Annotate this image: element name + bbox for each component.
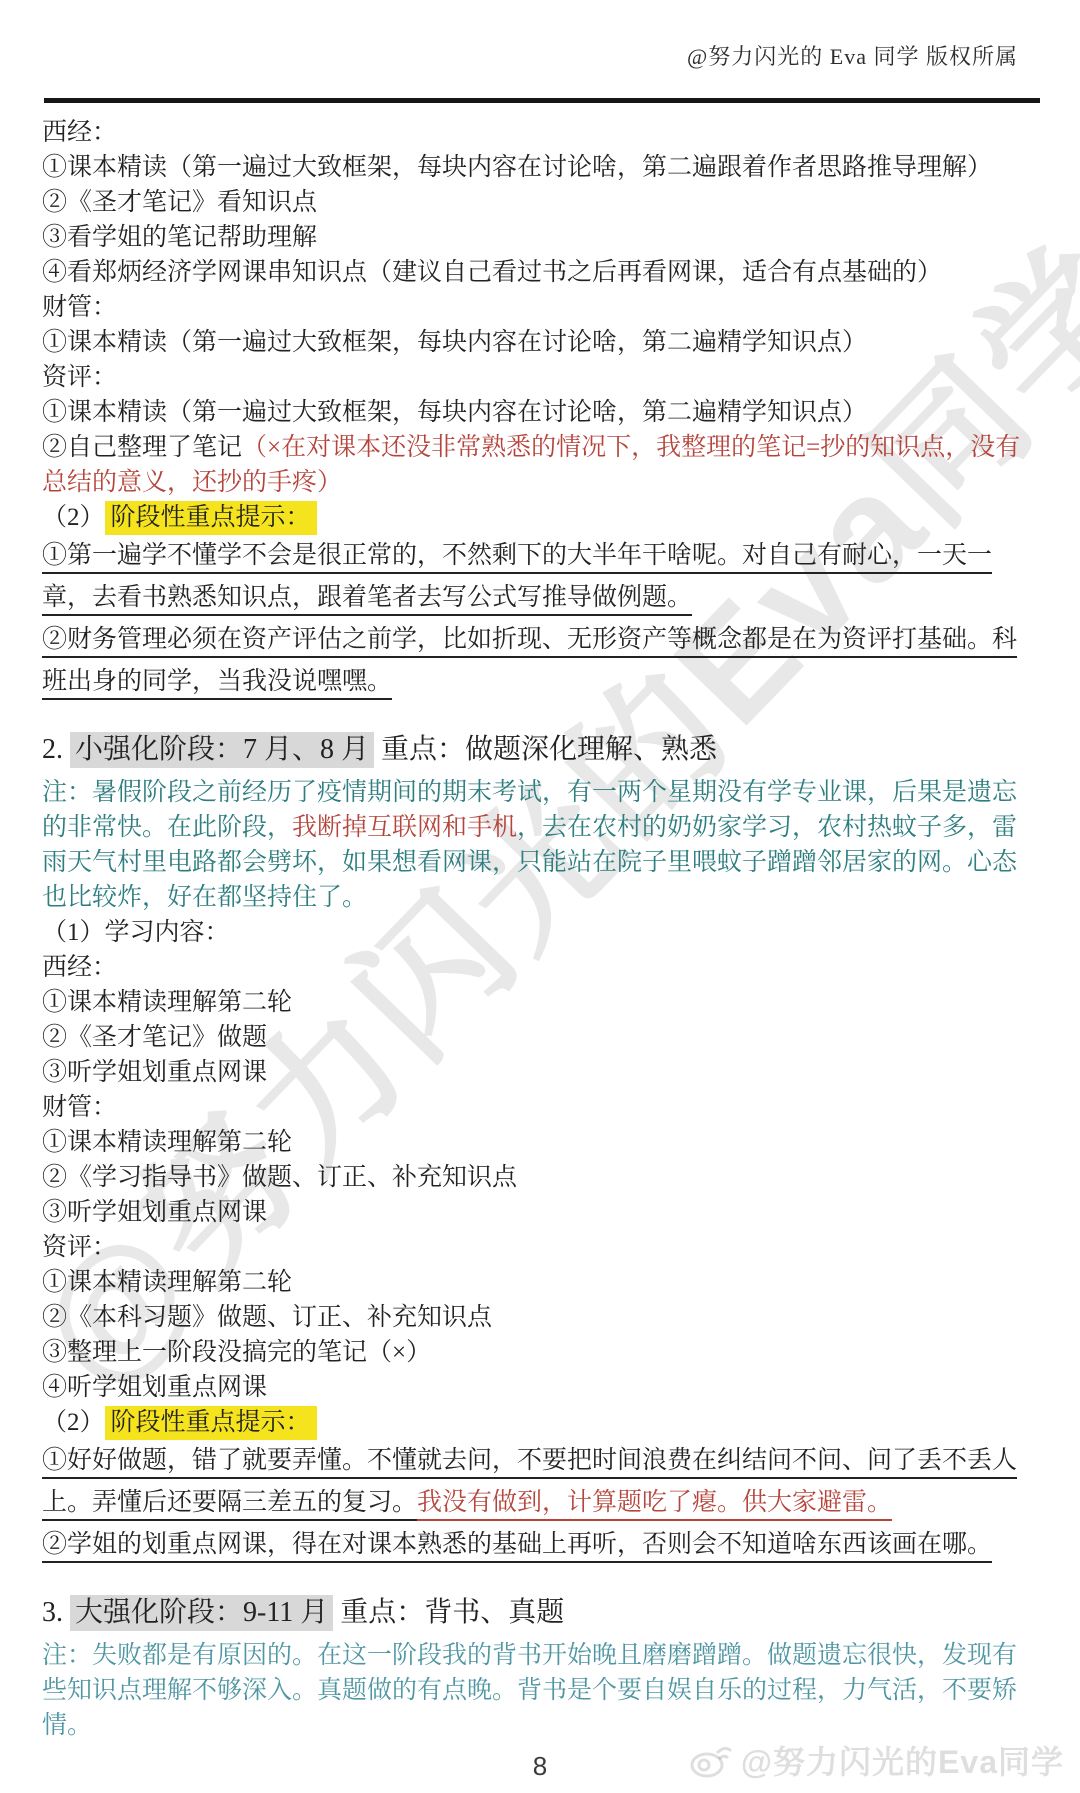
paragraph: ③听学姐划重点网课: [42, 1195, 1040, 1230]
paragraph: 西经：: [42, 950, 1040, 985]
text-segment: 小强化阶段：7 月、8 月: [70, 732, 374, 768]
text-segment: 注：失败都是有原因的。在这一阶段我的背书开始晚且磨磨蹭蹭。做题遗忘很快，发现有些…: [42, 1642, 1017, 1739]
paragraph: ④看郑炳经济学网课串知识点（建议自己看过书之后再看网课，适合有点基础的）: [42, 255, 1040, 290]
text-segment: ③听学姐划重点网课: [42, 1059, 267, 1086]
text-segment: （1）学习内容：: [42, 919, 230, 946]
text-segment: ①课本精读（第一遍过大致框架，每块内容在讨论啥，第二遍精学知识点）: [42, 399, 867, 426]
text-segment: 资评：: [42, 364, 117, 391]
paragraph: ①课本精读（第一遍过大致框架，每块内容在讨论啥，第二遍跟着作者思路推导理解）: [42, 150, 1040, 185]
paragraph: ③看学姐的笔记帮助理解: [42, 220, 1040, 255]
text-segment: ②《学习指导书》做题、订正、补充知识点: [42, 1164, 517, 1191]
text-segment: 西经：: [42, 119, 117, 146]
text-segment: 财管：: [42, 294, 117, 321]
paragraph: 西经：: [42, 115, 1040, 150]
text-segment: 重点：做题深化理解、熟悉: [374, 734, 717, 765]
paragraph: ①课本精读理解第二轮: [42, 1125, 1040, 1160]
paragraph: ②《圣才笔记》看知识点: [42, 185, 1040, 220]
paragraph: 资评：: [42, 360, 1040, 395]
paragraph: 资评：: [42, 1230, 1040, 1265]
text-segment: ②《本科习题》做题、订正、补充知识点: [42, 1304, 492, 1331]
paragraph: ②《圣才笔记》做题: [42, 1020, 1040, 1055]
paragraph: （2）阶段性重点提示：: [42, 1405, 1040, 1440]
text-segment: （2）: [42, 1409, 105, 1436]
text-segment: ①第一遍学不懂学不会是很正常的，不然剩下的大半年干啥呢。对自己有耐心，一天一章，…: [42, 542, 992, 611]
text-segment: ①课本精读理解第二轮: [42, 989, 292, 1016]
paragraph: ①课本精读理解第二轮: [42, 1265, 1040, 1300]
text-segment: ①课本精读（第一遍过大致框架，每块内容在讨论啥，第二遍跟着作者思路推导理解）: [42, 154, 992, 181]
text-segment: ②《圣才笔记》看知识点: [42, 189, 317, 216]
text-segment: 3.: [42, 1597, 70, 1628]
text-segment: 阶段性重点提示：: [105, 501, 317, 535]
text-segment: ②自己整理了笔记: [42, 434, 242, 461]
text-segment: 2.: [42, 734, 70, 765]
copyright-header: @努力闪光的 Eva 同学 版权所属: [0, 0, 1080, 70]
text-segment: （2）: [42, 504, 105, 531]
text-segment: 财管：: [42, 1094, 117, 1121]
paragraph: （1）学习内容：: [42, 915, 1040, 950]
text-segment: ③听学姐划重点网课: [42, 1199, 267, 1226]
text-segment: ③看学姐的笔记帮助理解: [42, 224, 317, 251]
page-number: 8: [0, 1751, 1080, 1782]
paragraph: ③整理上一阶段没搞完的笔记（×）: [42, 1335, 1040, 1370]
section-heading: 3. 大强化阶段：9-11 月 重点：背书、真题: [42, 1594, 1040, 1632]
text-segment: ②学姐的划重点网课，得在对课本熟悉的基础上再听，否则会不知道啥东西该画在哪。: [42, 1531, 992, 1558]
paragraph: ①课本精读理解第二轮: [42, 985, 1040, 1020]
text-segment: ①课本精读（第一遍过大致框架，每块内容在讨论啥，第二遍精学知识点）: [42, 329, 867, 356]
document-body: 西经：①课本精读（第一遍过大致框架，每块内容在讨论啥，第二遍跟着作者思路推导理解…: [0, 103, 1080, 1743]
note-paragraph: 注：暑假阶段之前经历了疫情期间的期末考试，有一两个星期没有学专业课，后果是遗忘的…: [42, 775, 1040, 915]
text-segment: 阶段性重点提示：: [105, 1406, 317, 1440]
paragraph: ②《本科习题》做题、订正、补充知识点: [42, 1300, 1040, 1335]
paragraph: ①课本精读（第一遍过大致框架，每块内容在讨论啥，第二遍精学知识点）: [42, 325, 1040, 360]
paragraph: ④听学姐划重点网课: [42, 1370, 1040, 1405]
section-heading: 2. 小强化阶段：7 月、8 月 重点：做题深化理解、熟悉: [42, 731, 1040, 769]
text-segment: ①课本精读理解第二轮: [42, 1129, 292, 1156]
paragraph: ②财务管理必须在资产评估之前学，比如折现、无形资产等概念都是在为资评打基础。科班…: [42, 619, 1040, 703]
note-paragraph: 注：失败都是有原因的。在这一阶段我的背书开始晚且磨磨蹭蹭。做题遗忘很快，发现有些…: [42, 1638, 1040, 1743]
paragraph: ①第一遍学不懂学不会是很正常的，不然剩下的大半年干啥呢。对自己有耐心，一天一章，…: [42, 535, 1040, 619]
text-segment: ③整理上一阶段没搞完的笔记（×）: [42, 1339, 431, 1366]
paragraph: ①课本精读（第一遍过大致框架，每块内容在讨论啥，第二遍精学知识点）: [42, 395, 1040, 430]
text-segment: ④看郑炳经济学网课串知识点（建议自己看过书之后再看网课，适合有点基础的）: [42, 259, 942, 286]
paragraph: ②自己整理了笔记（×在对课本还没非常熟悉的情况下，我整理的笔记=抄的知识点，没有…: [42, 430, 1040, 500]
text-segment: 我没有做到，计算题吃了瘪。供大家避雷。: [417, 1489, 892, 1516]
text-segment: ④听学姐划重点网课: [42, 1374, 267, 1401]
paragraph: ②《学习指导书》做题、订正、补充知识点: [42, 1160, 1040, 1195]
text-segment: ②《圣才笔记》做题: [42, 1024, 267, 1051]
text-segment: 我断掉互联网和手机: [292, 814, 517, 841]
text-segment: 重点：背书、真题: [333, 1597, 564, 1628]
text-segment: 大强化阶段：9-11 月: [70, 1595, 333, 1631]
text-segment: 资评：: [42, 1234, 117, 1261]
text-segment: ①课本精读理解第二轮: [42, 1269, 292, 1296]
text-segment: 西经：: [42, 954, 117, 981]
paragraph: ②学姐的划重点网课，得在对课本熟悉的基础上再听，否则会不知道啥东西该画在哪。: [42, 1524, 1040, 1566]
paragraph: ③听学姐划重点网课: [42, 1055, 1040, 1090]
paragraph: 财管：: [42, 290, 1040, 325]
document-page: @努力闪光的Eva同学 @努力闪光的 Eva 同学 版权所属 西经：①课本精读（…: [0, 0, 1080, 1793]
paragraph: （2）阶段性重点提示：: [42, 500, 1040, 535]
text-segment: ②财务管理必须在资产评估之前学，比如折现、无形资产等概念都是在为资评打基础。科班…: [42, 626, 1017, 695]
paragraph: ①好好做题，错了就要弄懂。不懂就去问，不要把时间浪费在纠结问不问、问了丢不丢人上…: [42, 1440, 1040, 1524]
paragraph: 财管：: [42, 1090, 1040, 1125]
